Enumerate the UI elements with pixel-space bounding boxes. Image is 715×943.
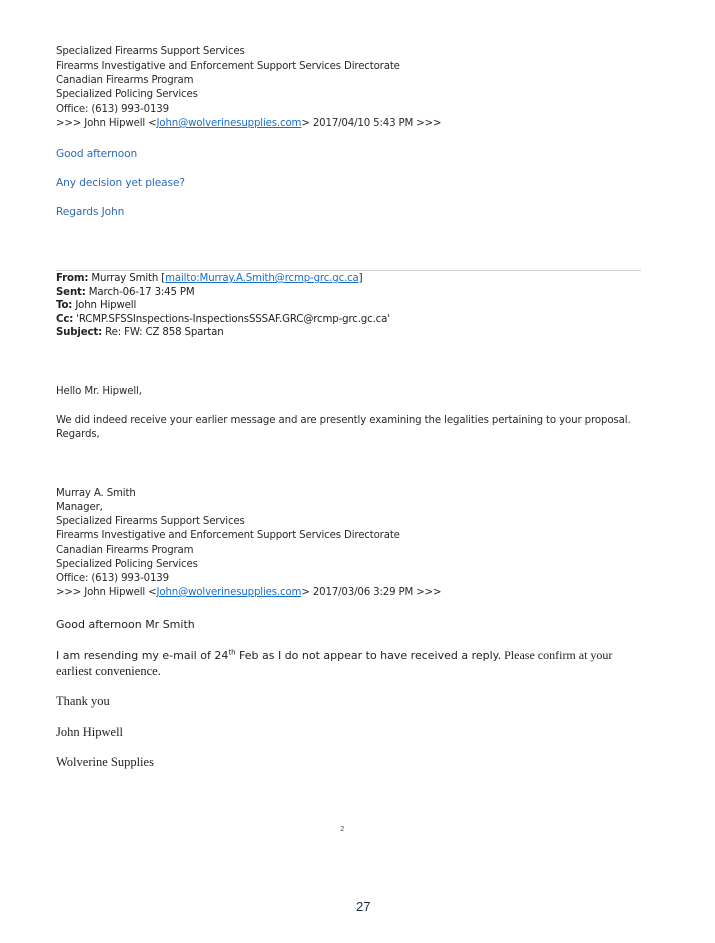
header-subject: Subject: Re: FW: CZ 858 Spartan: [56, 327, 224, 338]
signature-line: Specialized Policing Services: [56, 559, 198, 570]
header-sent: Sent: March-06-17 3:45 PM: [56, 287, 195, 298]
reply-closing: Regards John: [56, 206, 124, 218]
reply-question: Any decision yet please?: [56, 177, 185, 189]
signature-line: Murray A. Smith: [56, 488, 136, 499]
original-body-text: Please confirm at your: [501, 648, 612, 662]
header-to: To: John Hipwell: [56, 300, 136, 311]
sent-value: March-06-17 3:45 PM: [89, 287, 195, 298]
march-greeting: Hello Mr. Hipwell,: [56, 386, 142, 397]
quote-suffix: > 2017/04/10 5:43 PM >>>: [301, 118, 441, 129]
to-value: John Hipwell: [75, 300, 136, 311]
from-label: From:: [56, 273, 88, 284]
quote-header: >>> John Hipwell <John@wolverinesupplies…: [56, 587, 441, 598]
cc-label: Cc:: [56, 314, 73, 325]
original-body-line2: earliest convenience.: [56, 664, 161, 679]
signature-line: Specialized Firearms Support Services: [56, 46, 245, 57]
quote-header: >>> John Hipwell <John@wolverinesupplies…: [56, 118, 441, 129]
original-company: Wolverine Supplies: [56, 755, 154, 770]
from-name: Murray Smith [: [91, 273, 165, 284]
original-name: John Hipwell: [56, 725, 123, 740]
header-cc: Cc: 'RCMP.SFSSInspections-InspectionsSSS…: [56, 314, 390, 325]
original-body-text: I am resending my e-mail of 24: [56, 649, 228, 662]
page-number: 27: [356, 899, 370, 914]
original-body-text: Feb as I do not appear to have received …: [236, 649, 502, 662]
sent-label: Sent:: [56, 287, 86, 298]
quote-suffix: > 2017/03/06 3:29 PM >>>: [301, 587, 441, 598]
quote-prefix: >>> John Hipwell <: [56, 587, 157, 598]
to-label: To:: [56, 300, 72, 311]
signature-line: Specialized Policing Services: [56, 89, 198, 100]
signature-line: Office: (613) 993-0139: [56, 104, 169, 115]
original-body-line1: I am resending my e-mail of 24th Feb as …: [56, 648, 612, 663]
original-greeting: Good afternoon Mr Smith: [56, 618, 195, 631]
from-mailto-link[interactable]: mailto:Murray.A.Smith@rcmp-grc.gc.ca: [165, 273, 359, 284]
quote-prefix: >>> John Hipwell <: [56, 118, 157, 129]
signature-line: Firearms Investigative and Enforcement S…: [56, 530, 400, 541]
sender-email-link[interactable]: John@wolverinesupplies.com: [157, 587, 302, 598]
signature-line: Firearms Investigative and Enforcement S…: [56, 61, 400, 72]
header-from: From: Murray Smith [mailto:Murray.A.Smit…: [56, 273, 362, 284]
march-closing: Regards,: [56, 429, 100, 440]
signature-line: Specialized Firearms Support Services: [56, 516, 245, 527]
sender-email-link[interactable]: John@wolverinesupplies.com: [157, 118, 302, 129]
signature-line: Canadian Firearms Program: [56, 75, 193, 86]
from-bracket: ]: [359, 273, 363, 284]
march-body: We did indeed receive your earlier messa…: [56, 415, 631, 426]
subject-value: Re: FW: CZ 858 Spartan: [105, 327, 223, 338]
cc-value: 'RCMP.SFSSInspections-InspectionsSSSAF.G…: [76, 314, 390, 325]
email-divider: [56, 270, 641, 271]
reply-greeting: Good afternoon: [56, 148, 137, 160]
inner-page-number: 2: [340, 825, 344, 833]
signature-line: Canadian Firearms Program: [56, 545, 193, 556]
document-page: Specialized Firearms Support Services Fi…: [0, 0, 715, 943]
signature-line: Office: (613) 993-0139: [56, 573, 169, 584]
signature-line: Manager,: [56, 502, 103, 513]
original-thanks: Thank you: [56, 694, 110, 709]
ordinal-suffix: th: [228, 648, 235, 656]
subject-label: Subject:: [56, 327, 102, 338]
